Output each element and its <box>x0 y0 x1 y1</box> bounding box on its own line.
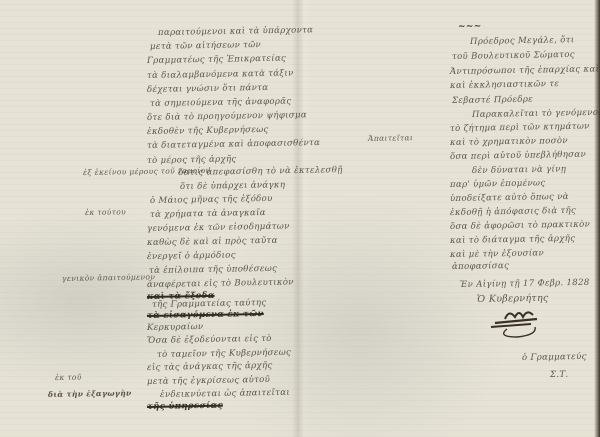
right-line: καὶ τὸ χρηματικὸν ποσὸν <box>450 136 568 148</box>
left-line: καθὼς δὲ καὶ αἱ πρὸς ταῦτα <box>147 236 278 248</box>
left-line: ἐκδοθὲν τῆς Κυβερνήσεως <box>147 125 269 137</box>
struck-line: τὰ εἰσαγόμενα ἐκ τῶν <box>147 309 264 321</box>
left-line: ὁ Μάιος μῆνας τῆς ἐξόδου <box>150 194 273 206</box>
right-line: ὅσα δὲ ἀφορῶσι τὸ πρακτικὸν <box>450 220 590 232</box>
right-line: ὑποδείξατε αὐτὸ ὅπως νὰ <box>450 192 569 204</box>
left-line: εἰς τὰς ἀνάγκας τῆς ἀρχῆς <box>147 361 273 373</box>
right-line: ἀποφασίσας <box>452 261 509 272</box>
struck-line: τῆς ὑπηρεσίας <box>147 401 223 412</box>
right-line: τὸ ζήτημα περὶ τῶν κτημάτων <box>450 122 590 134</box>
right-line: Πρόεδρος Μεγάλε, ὅτι <box>470 35 575 47</box>
left-line: τὸ ταμεῖον τῆς Κυβερνήσεως <box>157 348 291 360</box>
right-line: καὶ τὸ διάταγμα τῆς ἀρχῆς <box>450 234 575 246</box>
place-date: Ἐν Αἰγίνῃ τῇ 17 Φεβρ. 1828 <box>460 278 590 290</box>
left-line: ἐνεργεῖ ὁ ἀρμόδιος <box>147 250 236 262</box>
margin-note: διὰ τὴν ἐξαγωγὴν <box>48 389 132 399</box>
right-line: Σεβαστέ Πρόεδρε <box>452 95 533 106</box>
manuscript-spread: παραιτούμενοι καὶ τὰ ὑπάρχοντα μετὰ τῶν … <box>0 0 600 437</box>
left-line: τὸ μέρος τῆς ἀρχῆς <box>147 154 237 166</box>
left-line: ἀναφέρεται εἰς τὸ Βουλευτικὸν <box>147 277 294 290</box>
right-line: Παρακαλεῖται τὸ γενόμενον <box>472 108 600 120</box>
margin-note: γενικὸν ἀπαιτούμενον <box>62 272 155 283</box>
right-line: Ἀντιπρόσωποι τῆς ἐπαρχίας καὶ <box>450 64 599 77</box>
countersign-initials: Σ.Τ. <box>550 370 569 380</box>
governor-title: Ὁ Κυβερνήτης <box>477 293 549 305</box>
left-line: ὅτι δὲ ὑπάρχει ἀνάγκη <box>180 180 285 192</box>
left-line: Κερκυραίων <box>147 322 204 333</box>
left-line: Γραμματέως τῆς Ἐπικρατείας <box>147 54 286 66</box>
margin-note: Ἀπαιτεῖται <box>368 133 413 143</box>
right-line: ἐκδοθῇ ἡ ἀπόφασις διὰ τῆς <box>450 206 576 218</box>
left-line: ὅτε διὰ τὸ προηγούμενον ψήφισμα <box>147 110 307 123</box>
left-line: δέχεται γνώσιν ὅτι πάντα <box>147 83 268 95</box>
right-page: ~~~ Πρόεδρος Μεγάλε, ὅτι τοῦ Βουλευτικοῦ… <box>300 0 600 437</box>
margin-note: ἐκ τούτου <box>85 207 126 217</box>
left-line: μετὰ τῆς ἐγκρίσεως αὐτοῦ <box>147 375 270 387</box>
left-page: παραιτούμενοι καὶ τὰ ὑπάρχοντα μετὰ τῶν … <box>0 0 298 437</box>
left-line: τὰ χρήματα τὰ ἀναγκαῖα <box>150 208 266 220</box>
left-line: μετὰ τῶν αἰτήσεων τῶν <box>150 40 261 52</box>
page-edge <box>594 0 600 437</box>
signature-icon <box>487 305 547 341</box>
left-line: τὰ διατεταγμένα καὶ ἀποφασισθέντα <box>147 138 320 151</box>
right-line: καὶ ἐκκλησιαστικῶν τε <box>450 79 559 91</box>
right-line: ὅσα περὶ αὐτοῦ ὑπεβλήθησαν <box>450 150 586 162</box>
left-line: ἐνδεικνύεται ὡς ἀπαιτεῖται <box>160 388 290 400</box>
left-line: Ὅσα δὲ ἐξοδεύονται εἰς τὸ <box>147 334 272 346</box>
left-line: γενόμενα ἐκ τῶν εἰσοδημάτων <box>147 222 290 234</box>
left-line: τῆς Γραμματείας ταύτης <box>152 298 267 310</box>
left-line: τὰ ἐπίλοιπα τῆς ὑποθέσεως <box>149 264 277 276</box>
left-line: τὰ διαλαμβανόμενα κατὰ τάξιν <box>147 68 294 81</box>
header-mark: ~~~ <box>458 22 482 32</box>
right-line: δὲν δύναται νὰ γίνῃ <box>472 164 566 176</box>
right-line: τοῦ Βουλευτικοῦ Σώματος <box>452 50 575 62</box>
countersign-title: ὁ Γραμματεύς <box>522 352 587 363</box>
right-line: παρ' ὑμῶν ἐπομένως <box>450 178 546 190</box>
margin-note: ἐκ τοῦ <box>55 373 82 382</box>
left-line: τὰ σημειούμενα τῆς ἀναφορᾶς <box>150 97 292 109</box>
right-line: καὶ μὲ τὴν ἐξουσίαν <box>450 248 544 260</box>
left-line: παραιτούμενοι καὶ τὰ ὑπάρχοντα <box>158 25 313 38</box>
